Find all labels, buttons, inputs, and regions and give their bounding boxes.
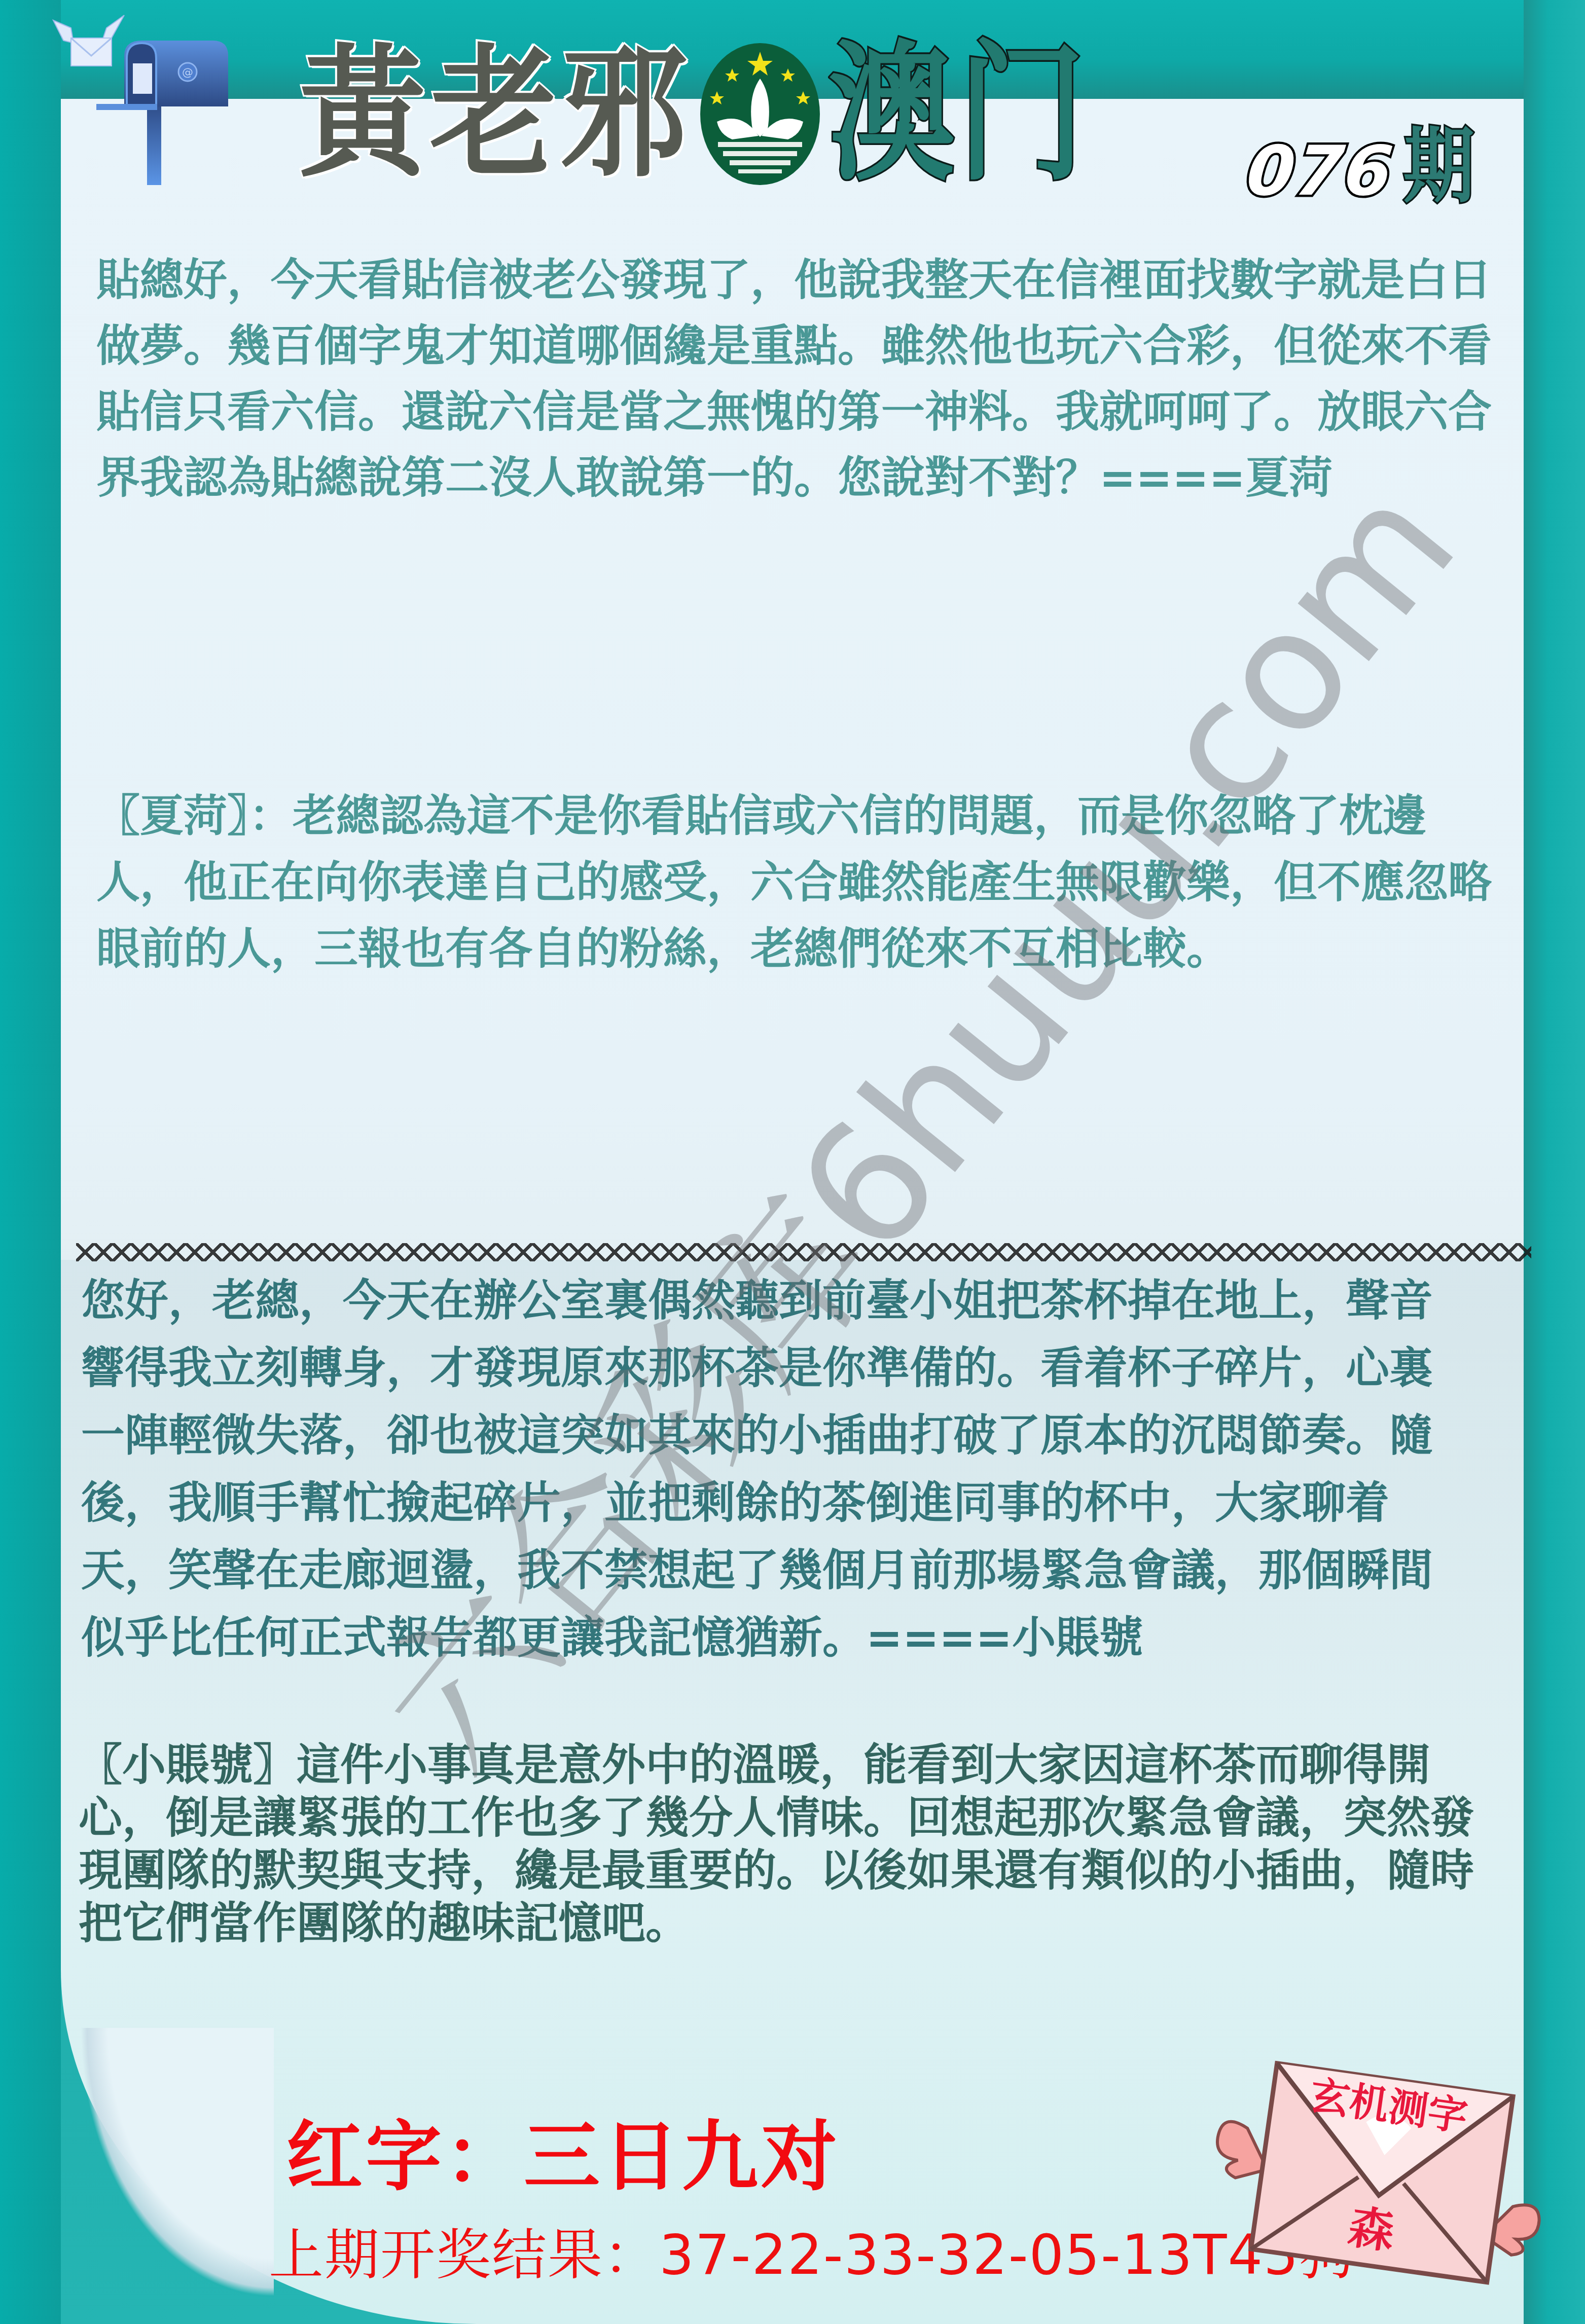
title-main: 黃老邪 <box>299 43 692 185</box>
issue-badge: 076 期 <box>1247 109 1474 211</box>
letter-paragraph: 您好，老總，今天在辦公室裏偶然聽到前臺小姐把茶杯掉在地上，聲音響得我立刻轉身，才… <box>81 1267 1450 1672</box>
winged-envelope-icon: 玄机测字 森 <box>1207 2058 1552 2292</box>
letter-paragraph: 貼總好，今天看貼信被老公發現了，他說我整天在信裡面找數字就是白日做夢。幾百個字鬼… <box>96 247 1506 511</box>
red-hint: 红字：三日九对 <box>286 2119 840 2195</box>
issue-number: 076 <box>1243 131 1397 211</box>
page-title: 黃老邪 澳门 <box>299 30 1088 198</box>
frame-left <box>0 0 61 2324</box>
result-label: 上期开奖结果： <box>269 2224 659 2287</box>
macau-emblem-icon <box>697 41 823 188</box>
page-curl <box>61 2028 274 2324</box>
frame-right <box>1524 0 1585 2324</box>
envelope-char: 森 <box>1345 2200 1398 2260</box>
reply-paragraph: 〖小賬號〗這件小事真是意外中的溫暖，能看到大家因這杯茶而聊得開心，倒是讓緊張的工… <box>79 1739 1498 1950</box>
issue-suffix: 期 <box>1403 101 1474 219</box>
reply-paragraph: 〖夏菏〗：老總認為這不是你看貼信或六信的問題，而是你忽略了枕邊人，他正在向你表達… <box>96 783 1506 983</box>
decorative-divider <box>76 1242 1531 1262</box>
mailbox-icon: @ <box>96 35 243 188</box>
last-result: 上期开奖结果：37-22-33-32-05-13T45狗 <box>269 2228 1355 2283</box>
title-city: 澳门 <box>828 40 1088 189</box>
svg-text:@: @ <box>182 66 193 79</box>
